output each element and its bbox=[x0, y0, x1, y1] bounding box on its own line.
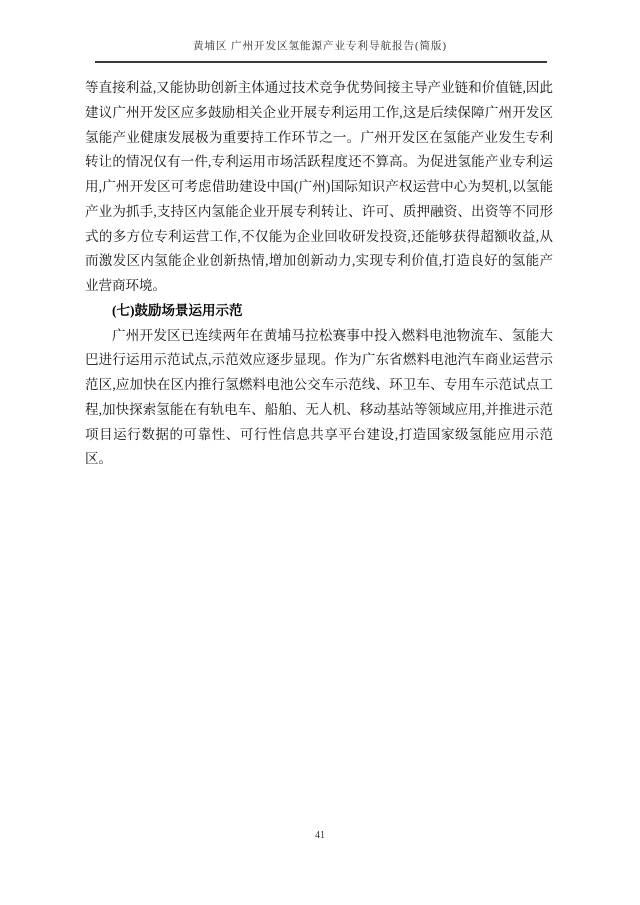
section-heading: (七)鼓励场景运用示范 bbox=[85, 299, 553, 324]
running-header-title: 黄埔区 广州开发区氢能源产业专利导航报告(简版) bbox=[0, 38, 640, 53]
document-body: 等直接利益,又能协助创新主体通过技术竞争优势间接主导产业链和价值链,因此建议广州… bbox=[85, 76, 553, 472]
header-divider bbox=[95, 61, 547, 63]
page-footer: 41 bbox=[0, 830, 640, 841]
paragraph-scenario-demonstration: 广州开发区已连续两年在黄埔马拉松赛事中投入燃料电池物流车、氢能大巴进行运用示范试… bbox=[85, 324, 553, 473]
page-number: 41 bbox=[315, 830, 325, 841]
paragraph-patent-operation: 等直接利益,又能协助创新主体通过技术竞争优势间接主导产业链和价值链,因此建议广州… bbox=[85, 76, 553, 299]
document-page: 黄埔区 广州开发区氢能源产业专利导航报告(简版) 等直接利益,又能协助创新主体通… bbox=[0, 0, 640, 905]
